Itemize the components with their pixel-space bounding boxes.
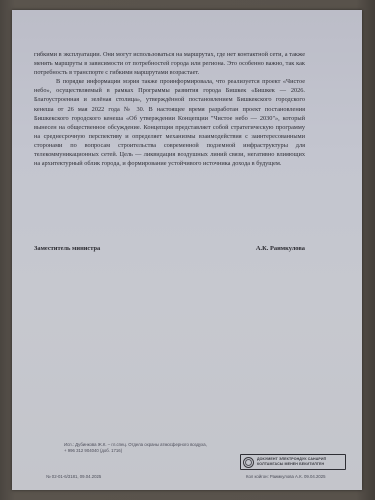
executor-info: Исп.: Дубинкова Ж.К. – гл.спец. Отдела о… [64,442,207,454]
stamp-line-2: КОЛТАМГАСЫ МЕНЕН БЕКИТИЛГЕН [257,462,326,467]
emblem-icon [243,457,254,468]
document-body: гибкими в эксплуатации. Они могут исполь… [34,50,305,168]
paragraph-1: гибкими в эксплуатации. Они могут исполь… [34,50,305,77]
stamp-text: ДОКУМЕНТ ЭЛЕКТРОНДУК САНАРИП КОЛТАМГАСЫ … [257,457,326,466]
signatory-name: А.К. Раимкулова [256,245,305,252]
signatory-position: Заместитель министра [34,245,100,252]
signed-by-line: Кол койгон: Раимкулова А.К. 09.04.2025 [246,474,326,479]
executor-phone: + 996 312 904040 (доб. 1716) [64,448,207,454]
signature-block: Заместитель министра А.К. Раимкулова [34,245,305,252]
paragraph-2: В порядке информации мэрия также проинфо… [34,77,305,168]
electronic-signature-stamp: ДОКУМЕНТ ЭЛЕКТРОНДУК САНАРИП КОЛТАМГАСЫ … [240,454,346,470]
document-page: гибкими в эксплуатации. Они могут исполь… [12,10,362,490]
document-number: № 02-01-6/3181, 09.04.2025 [46,474,101,479]
